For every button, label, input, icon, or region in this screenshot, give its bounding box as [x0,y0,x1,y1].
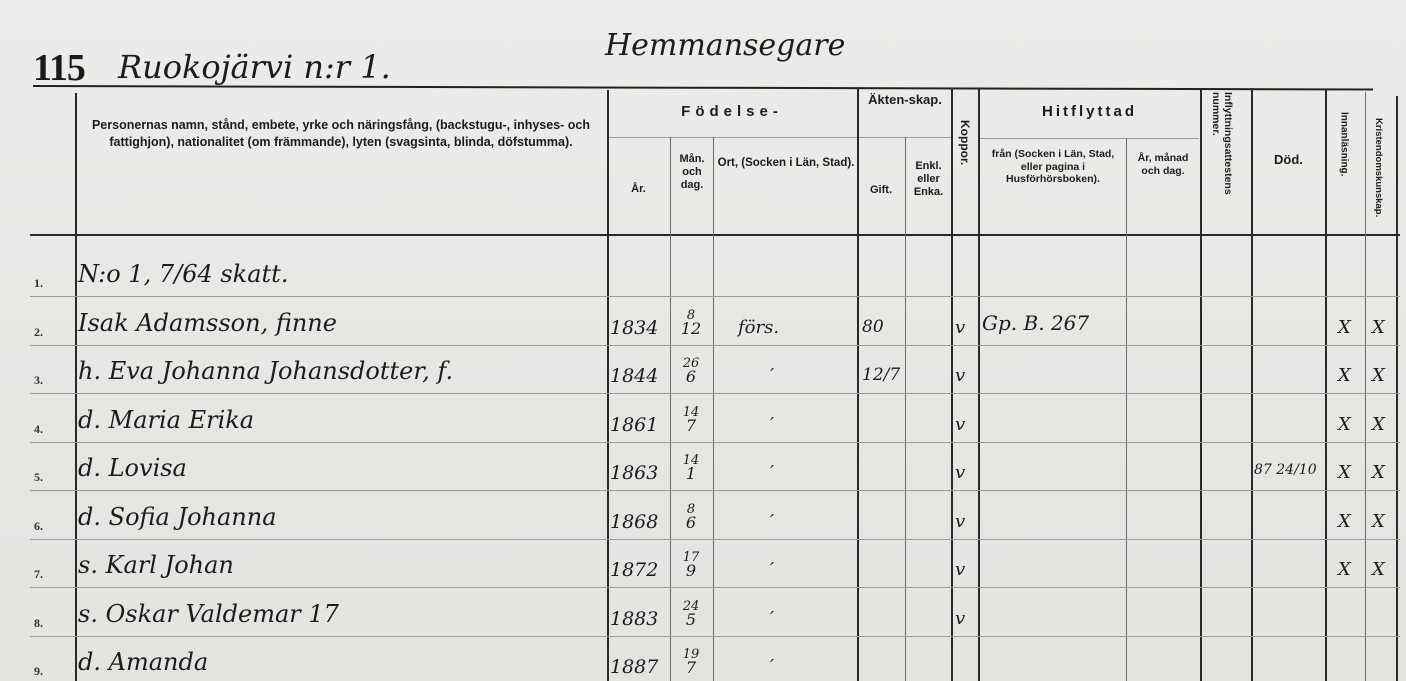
smallpox-mark: v [955,559,965,580]
col-rule-left [75,93,77,681]
birth-place: ′ [770,608,774,629]
header-enkl: Enkl. eller Enka. [906,160,951,200]
header-hitflyttad-fran: från (Socken i Län, Stad, eller pagina i… [982,148,1124,186]
row-number: 5. [34,470,43,485]
farm-name: Ruokojärvi n:r 1. [118,48,391,86]
row-rule [30,587,1400,588]
christianity-mark: X [1372,365,1385,386]
birth-year: 1887 [610,656,658,678]
header-bottom-rule [30,234,1400,236]
birth-place: förs. [738,317,779,338]
row-number: 4. [34,422,43,437]
col-rule-person [607,90,609,681]
smallpox-mark: v [955,414,965,435]
birth-year: 1872 [610,559,658,581]
birth-month: 7 [676,419,706,432]
row-number: 9. [34,664,43,679]
row-rule [30,296,1400,297]
birth-year: 1834 [610,317,658,339]
birth-month-day: 24 5 [676,600,706,626]
birth-month: 6 [676,516,706,529]
header-gift: Gift. [857,184,905,197]
birth-month: 12 [676,322,706,335]
col-rule-fran [1126,138,1127,681]
person-name: Isak Adamsson, finne [78,309,337,337]
birth-month-day: 19 7 [676,648,706,674]
married-year: 80 [862,317,884,337]
household-status: Hemmansegare [605,28,845,63]
header-koppor: Koppor. [957,120,971,165]
smallpox-mark: v [955,365,965,386]
reading-mark: X [1338,317,1351,338]
header-innanlasning: Innanläsning. [1338,112,1350,176]
col-rule-dod [1325,90,1327,681]
col-rule-ar [670,137,671,681]
birth-month: 9 [676,564,706,577]
birth-month-day: 17 9 [676,551,706,577]
birth-month: 5 [676,613,706,626]
header-aktenskap: Äkten-skap. [858,92,952,108]
header-fodelse-ort: Ort, (Socken i Län, Stad). [716,157,856,171]
title-rule [33,85,1373,91]
header-kristendom: Kristendomskunskap. [1372,118,1383,230]
smallpox-mark: v [955,608,965,629]
birth-month: 7 [676,661,706,674]
birth-month: 1 [676,467,706,480]
person-name: d. Amanda [78,648,208,676]
col-rule-aktenskap [951,88,953,681]
col-rule-hitflyttad [1200,88,1202,681]
birth-month-day: 8 6 [676,503,706,529]
birth-year: 1861 [610,414,658,436]
person-name: N:o 1, 7/64 skatt. [78,260,288,288]
col-rule-mandag [713,137,714,681]
row-rule [30,636,1400,637]
header-fodelse: Födelse- [607,103,857,121]
header-hitflyttad-ar: År, månad och dag. [1127,152,1199,177]
reading-mark: X [1338,365,1351,386]
header-person-columns: Personernas namn, stånd, embete, yrke oc… [82,117,600,151]
reading-mark: X [1338,559,1351,580]
birth-year: 1883 [610,608,658,630]
person-name: d. Lovisa [78,454,187,482]
birth-month-day: 14 7 [676,406,706,432]
col-rule-fodelse [857,88,859,681]
birth-place: ′ [770,656,774,677]
moved-from: Gp. B. 267 [982,311,1089,335]
row-number: 7. [34,567,43,582]
christianity-mark: X [1372,414,1385,435]
row-rule [30,345,1400,346]
row-number: 2. [34,325,43,340]
col-rule-right [1396,96,1398,681]
row-rule [30,393,1400,394]
person-name: s. Karl Johan [78,551,234,579]
birth-year: 1863 [610,462,658,484]
row-rule [30,490,1400,491]
birth-month-day: 14 1 [676,454,706,480]
smallpox-mark: v [955,317,965,338]
birth-year: 1844 [610,365,658,387]
reading-mark: X [1338,511,1351,532]
birth-place: ′ [770,511,774,532]
christianity-mark: X [1372,511,1385,532]
birth-month-day: 26 6 [676,357,706,383]
col-rule-koppor [978,88,980,681]
header-fodelse-man-dag: Mån. och dag. [670,153,714,193]
row-number: 1. [34,276,43,291]
header-fodelse-ar: År. [607,183,670,196]
smallpox-mark: v [955,511,965,532]
row-rule [30,442,1400,443]
birth-place: ′ [770,559,774,580]
header-hitflyttad: Hitflyttad [979,103,1200,121]
person-name: s. Oskar Valdemar 17 [78,600,339,628]
row-number: 3. [34,373,43,388]
fodelse-subrule [607,137,857,138]
christianity-mark: X [1372,462,1385,483]
col-rule-innan [1365,92,1366,681]
hitflyttad-subrule [979,138,1199,139]
col-rule-gift [905,137,906,681]
death-date: 87 24/10 [1254,462,1317,478]
birth-place: ′ [770,462,774,483]
birth-place: ′ [770,414,774,435]
married-year: 12/7 [862,365,900,385]
col-rule-inflyttning [1251,88,1253,681]
person-name: h. Eva Johanna Johansdotter, f. [78,357,453,385]
christianity-mark: X [1372,559,1385,580]
reading-mark: X [1338,462,1351,483]
header-inflyttning: Inflyttningsattestens nummer. [1210,92,1234,232]
row-number: 8. [34,616,43,631]
header-dod: Död. [1252,152,1325,168]
birth-month-day: 8 12 [676,309,706,335]
smallpox-mark: v [955,462,965,483]
parish-register-page: 115 Ruokojärvi n:r 1. Hemmansegare Perso… [0,0,1406,681]
birth-year: 1868 [610,511,658,533]
person-name: d. Sofia Johanna [78,503,277,531]
christianity-mark: X [1372,317,1385,338]
page-number: 115 [33,46,85,90]
row-rule [30,539,1400,540]
reading-mark: X [1338,414,1351,435]
birth-month: 6 [676,370,706,383]
person-name: d. Maria Erika [78,406,254,434]
birth-place: ′ [770,365,774,386]
row-number: 6. [34,519,43,534]
